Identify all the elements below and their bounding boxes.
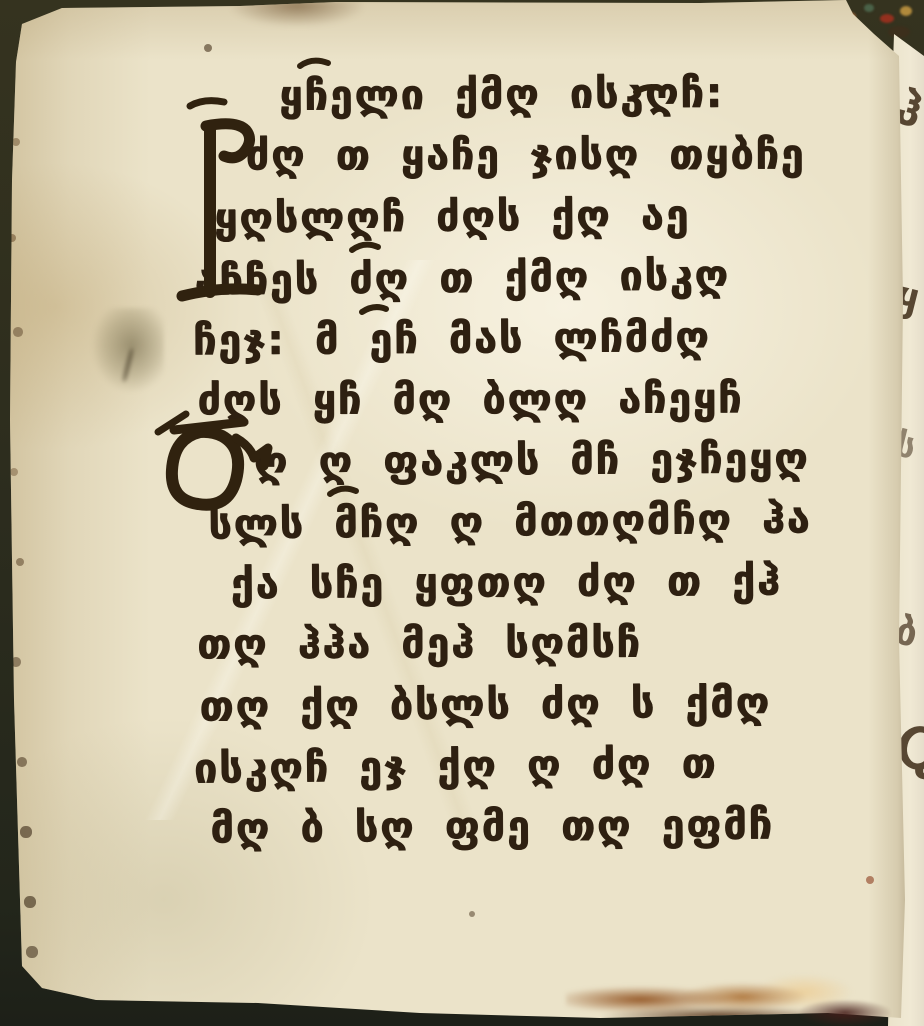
manuscript-photo: ჰ ყ ს ბ Ⴍ ყჩელი ქმღ ისკღჩ: ძღ თ ყაჩე ჯის… [0,0,924,1026]
manuscript-page: ყჩელი ქმღ ისკღჩ: ძღ თ ყაჩე ჯისღ თყბჩე ყღ… [0,0,910,1022]
rust-stain-dark-clump [800,1000,890,1026]
titlo-marks [0,0,910,1022]
edge-speckles [0,0,4,4]
